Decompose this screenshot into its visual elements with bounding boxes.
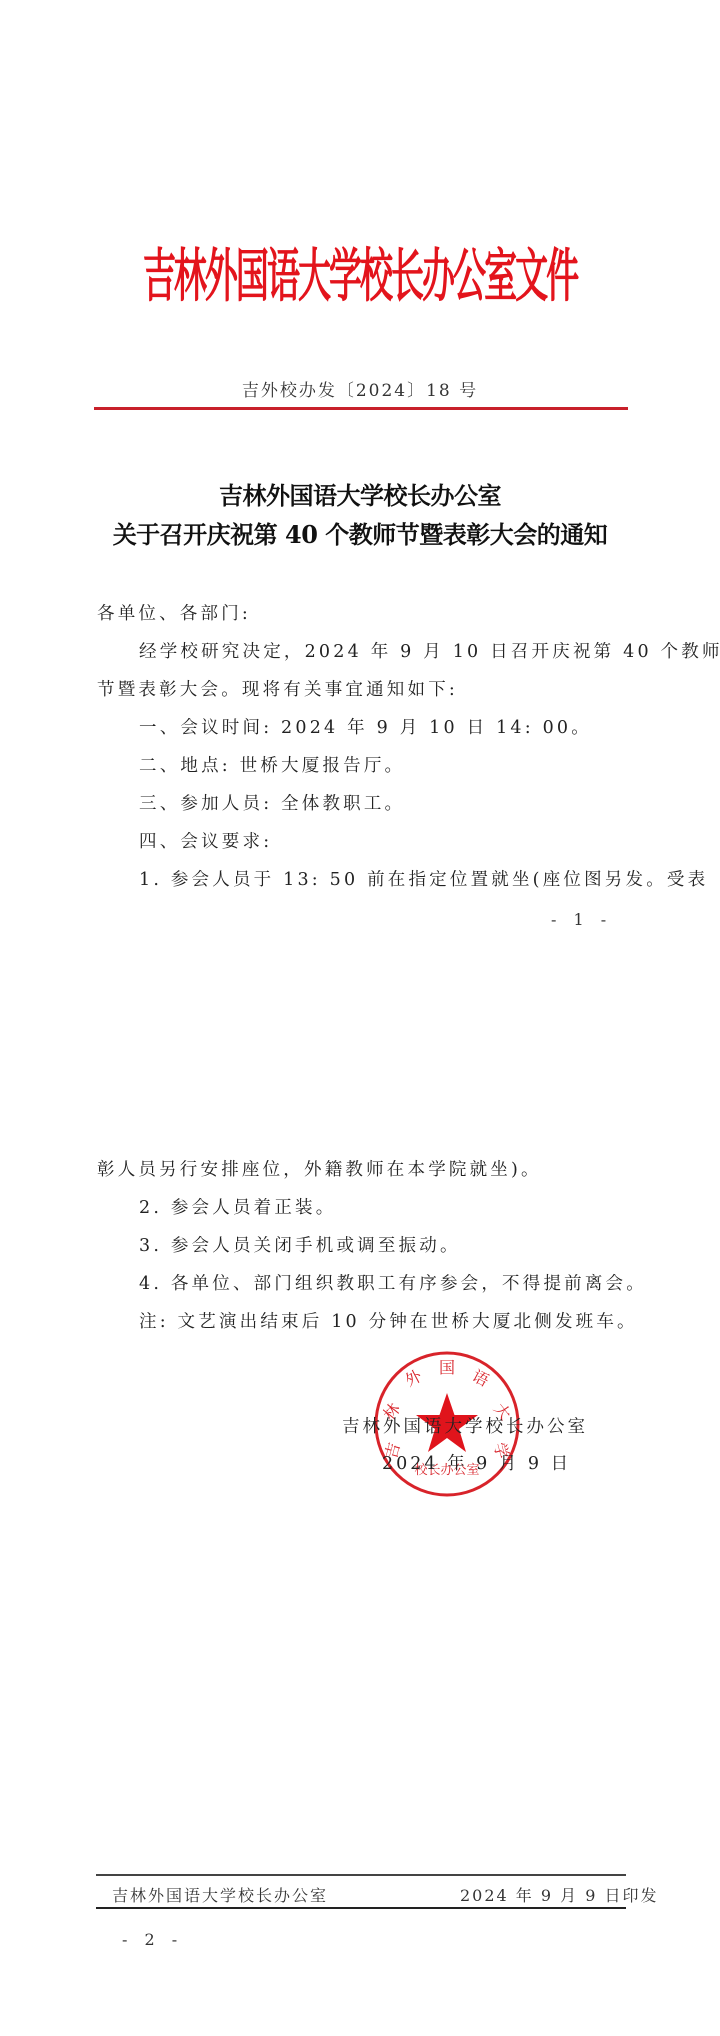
item-meeting-time: 一、会议时间: 2024 年 9 月 10 日 14: 00。 — [139, 716, 592, 740]
page-number-1: - 1 - — [551, 910, 612, 929]
footer-issue-date: 2024 年 9 月 9 日印发 — [460, 1883, 659, 1906]
footer-bottom-rule — [96, 1907, 626, 1909]
document-page-1: 吉林外国语大学校长办公室文件 吉外校办发〔2024〕18 号 吉林外国语大学校长… — [0, 0, 720, 960]
page-number-2: - 2 - — [122, 1930, 183, 1949]
bus-note: 注: 文艺演出结束后 10 分钟在世桥大厦北侧发班车。 — [139, 1310, 638, 1334]
requirement-3: 3. 参会人员关闭手机或调至振动。 — [139, 1234, 461, 1258]
intro-line-2: 节暨表彰大会。现将有关事宜通知如下: — [97, 678, 458, 702]
salutation: 各单位、各部门: — [97, 602, 251, 626]
seal-char: 外 — [402, 1366, 426, 1391]
item-requirements-heading: 四、会议要求: — [139, 830, 272, 854]
signature-organization: 吉林外国语大学校长办公室 — [342, 1413, 588, 1438]
document-subject: 吉林外国语大学校长办公室 关于召开庆祝第 40 个教师节暨表彰大会的通知 — [0, 476, 720, 554]
requirement-1-line-1: 1. 参会人员于 13: 50 前在指定位置就坐(座位图另发。受表 — [139, 868, 708, 892]
footer-issuer: 吉林外国语大学校长办公室 — [112, 1883, 328, 1906]
seal-char: 国 — [439, 1358, 455, 1377]
subject-line-2: 关于召开庆祝第 40 个教师节暨表彰大会的通知 — [0, 515, 720, 554]
item-attendees: 三、参加人员: 全体教职工。 — [139, 792, 405, 816]
intro-line-1: 经学校研究决定，2024 年 9 月 10 日召开庆祝第 40 个教师 — [139, 640, 720, 664]
header-title-text: 吉林外国语大学校长办公室文件 — [143, 230, 577, 322]
requirement-1-line-2: 彰人员另行安排座位，外籍教师在本学院就坐)。 — [97, 1158, 542, 1182]
requirement-4: 4. 各单位、部门组织教职工有序参会，不得提前离会。 — [139, 1272, 647, 1296]
signature-date: 2024 年 9 月 9 日 — [382, 1450, 571, 1475]
document-header-title: 吉林外国语大学校长办公室文件 — [0, 236, 720, 316]
requirement-2: 2. 参会人员着正装。 — [139, 1196, 336, 1220]
page-gap — [0, 960, 720, 1100]
footer-top-rule — [96, 1874, 626, 1876]
subject-line-1: 吉林外国语大学校长办公室 — [0, 476, 720, 515]
item-location: 二、地点: 世桥大厦报告厅。 — [139, 754, 405, 778]
header-red-rule — [94, 407, 628, 410]
document-number: 吉外校办发〔2024〕18 号 — [0, 376, 720, 401]
seal-char: 语 — [469, 1366, 492, 1390]
